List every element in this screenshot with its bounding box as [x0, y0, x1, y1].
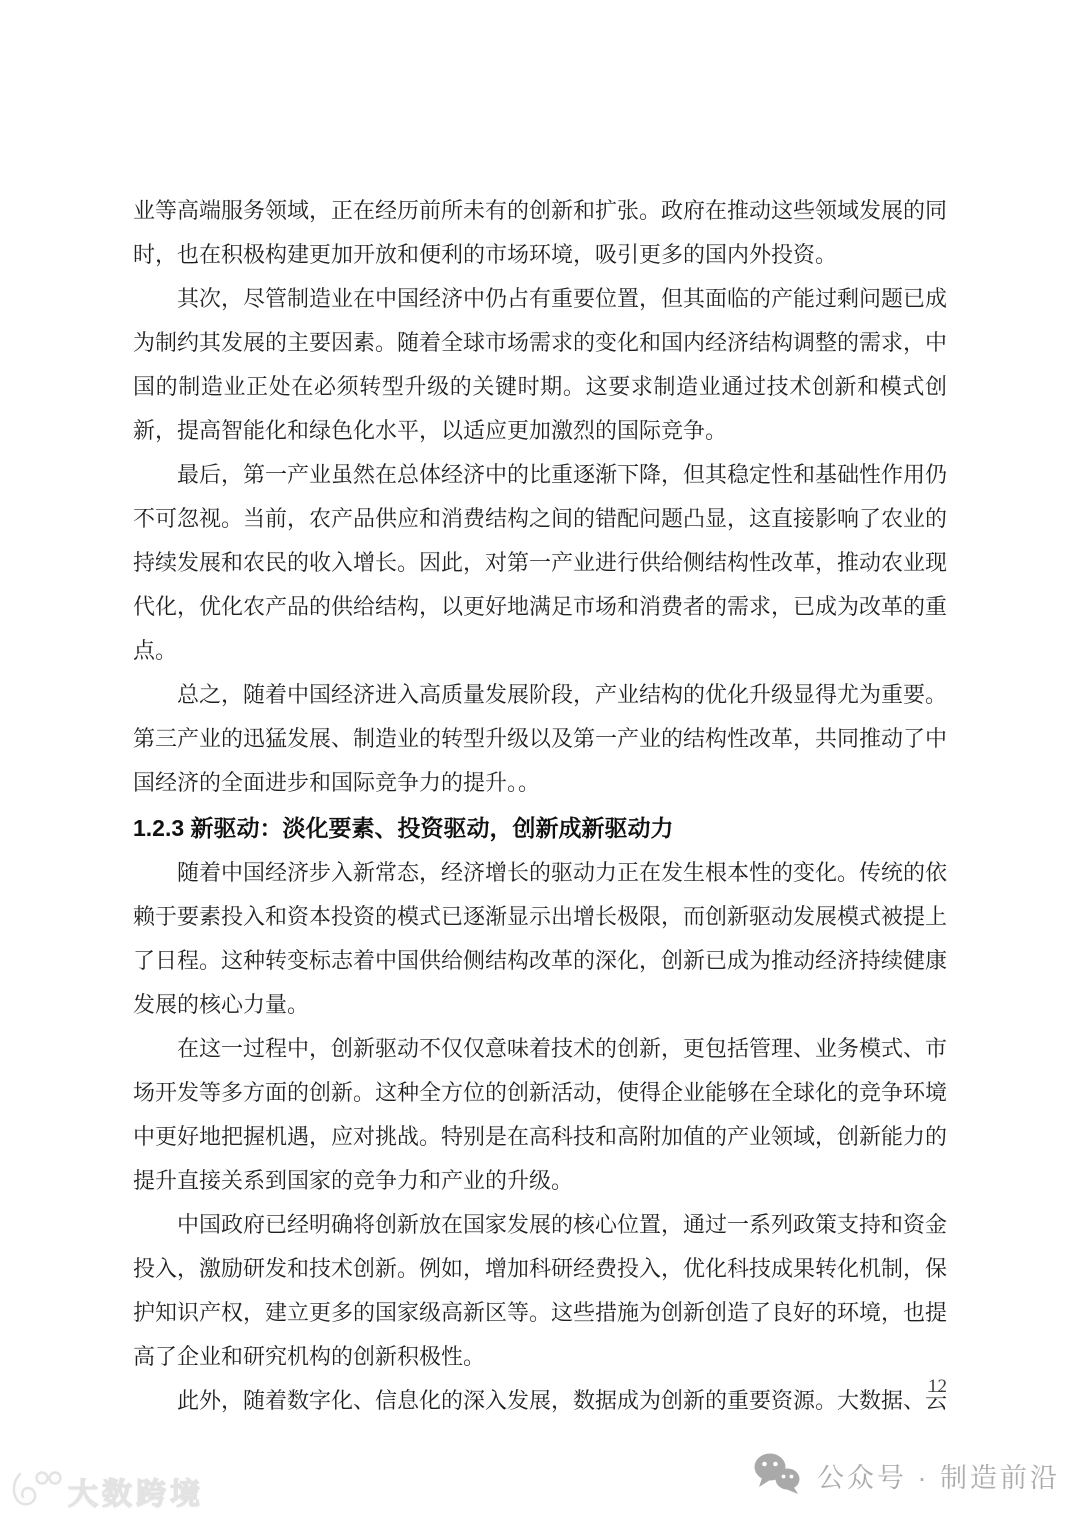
- watermark: 大数跨境: [10, 1466, 204, 1515]
- dashu-logo-icon: [10, 1466, 62, 1515]
- paragraph: 总之，随着中国经济进入高质量发展阶段，产业结构的优化升级显得尤为重要。第三产业的…: [133, 673, 947, 805]
- page-body: 业等高端服务领域，正在经历前所未有的创新和扩张。政府在推动这些领域发展的同时，也…: [133, 189, 947, 1423]
- paragraph: 随着中国经济步入新常态，经济增长的驱动力正在发生根本性的变化。传统的依赖于要素投…: [133, 851, 947, 1027]
- wechat-icon: [753, 1452, 803, 1499]
- document-page: 业等高端服务领域，正在经历前所未有的创新和扩张。政府在推动这些领域发展的同时，也…: [0, 0, 1080, 1527]
- paragraph: 最后，第一产业虽然在总体经济中的比重逐渐下降，但其稳定性和基础性作用仍不可忽视。…: [133, 453, 947, 673]
- paragraph: 其次，尽管制造业在中国经济中仍占有重要位置，但其面临的产能过剩问题已成为制约其发…: [133, 277, 947, 453]
- paragraph: 中国政府已经明确将创新放在国家发展的核心位置，通过一系列政策支持和资金投入，激励…: [133, 1203, 947, 1379]
- paragraph: 业等高端服务领域，正在经历前所未有的创新和扩张。政府在推动这些领域发展的同时，也…: [133, 189, 947, 277]
- page-number: 12: [928, 1376, 947, 1398]
- paragraph: 此外，随着数字化、信息化的深入发展，数据成为创新的重要资源。大数据、云: [133, 1379, 947, 1423]
- watermark-text: 大数跨境: [68, 1469, 204, 1513]
- wechat-label: 公众号 · 制造前沿: [817, 1456, 1060, 1495]
- wechat-banner: 公众号 · 制造前沿: [753, 1452, 1060, 1499]
- section-heading: 1.2.3 新驱动：淡化要素、投资驱动，创新成新驱动力: [133, 805, 947, 851]
- paragraph: 在这一过程中，创新驱动不仅仅意味着技术的创新，更包括管理、业务模式、市场开发等多…: [133, 1027, 947, 1203]
